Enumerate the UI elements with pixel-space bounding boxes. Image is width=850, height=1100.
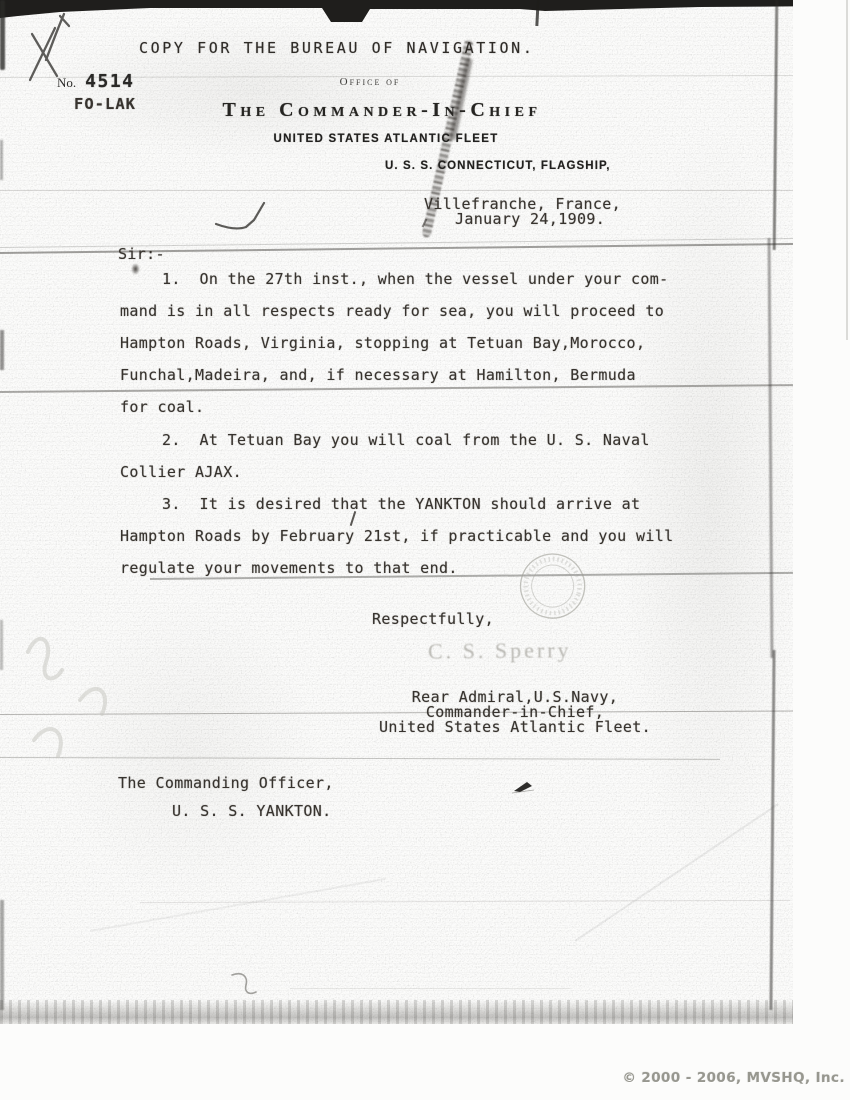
copy-header: COPY FOR THE BUREAU OF NAVIGATION. — [139, 40, 534, 56]
body-line: 1. On the 27th inst., when the vessel un… — [162, 271, 669, 287]
body-line: Funchal,Madeira, and, if necessary at Ha… — [120, 367, 636, 383]
letterhead-fleet: UNITED STATES ATLANTIC FLEET — [273, 133, 498, 145]
letterhead-title: The Commander-In-Chief — [223, 99, 542, 122]
body-line: Hampton Roads, Virginia, stopping at Tet… — [120, 335, 645, 351]
signature-stamp: C. S. Sperry — [428, 637, 572, 665]
copyright-watermark: © 2000 - 2006, MVSHQ, Inc. — [622, 1070, 845, 1086]
file-number-row: No. 4514 — [57, 71, 135, 92]
letter-paper: COPY FOR THE BUREAU OF NAVIGATION. No. 4… — [0, 0, 793, 1024]
body-line: mand is in all respects ready for sea, y… — [120, 303, 664, 319]
file-code: FO-LAK — [74, 96, 136, 112]
office-of-label: Office of — [340, 76, 401, 88]
scanned-letter-page: COPY FOR THE BUREAU OF NAVIGATION. No. 4… — [0, 0, 850, 1100]
file-number: 4514 — [85, 71, 134, 92]
body-line: Collier AJAX. — [120, 464, 242, 480]
signer-title-line: United States Atlantic Fleet. — [379, 719, 651, 735]
ink-blot-arrowhead — [512, 779, 536, 795]
scanner-edge-line — [846, 0, 848, 340]
ink-squiggle — [225, 965, 270, 1005]
letterhead-flagship: U. S. S. CONNECTICUT, FLAGSHIP, — [385, 160, 611, 172]
checkmark-annotation — [210, 198, 270, 243]
body-line: for coal. — [120, 399, 204, 415]
salutation: Sir:- — [118, 246, 165, 262]
addressee-line: The Commanding Officer, — [118, 775, 334, 791]
addressee-line: U. S. S. YANKTON. — [172, 803, 331, 819]
show-through-ghost-writing — [10, 600, 140, 800]
body-line: 3. It is desired that the YANKTON should… — [162, 496, 640, 512]
body-line: 2. At Tetuan Bay you will coal from the … — [162, 432, 650, 448]
body-line: Hampton Roads by February 21st, if pract… — [120, 528, 673, 544]
file-number-label: No. — [57, 75, 76, 91]
dateline-date: January 24,1909. — [455, 211, 605, 227]
closing: Respectfully, — [372, 611, 494, 627]
body-line: regulate your movements to that end. — [120, 560, 458, 576]
